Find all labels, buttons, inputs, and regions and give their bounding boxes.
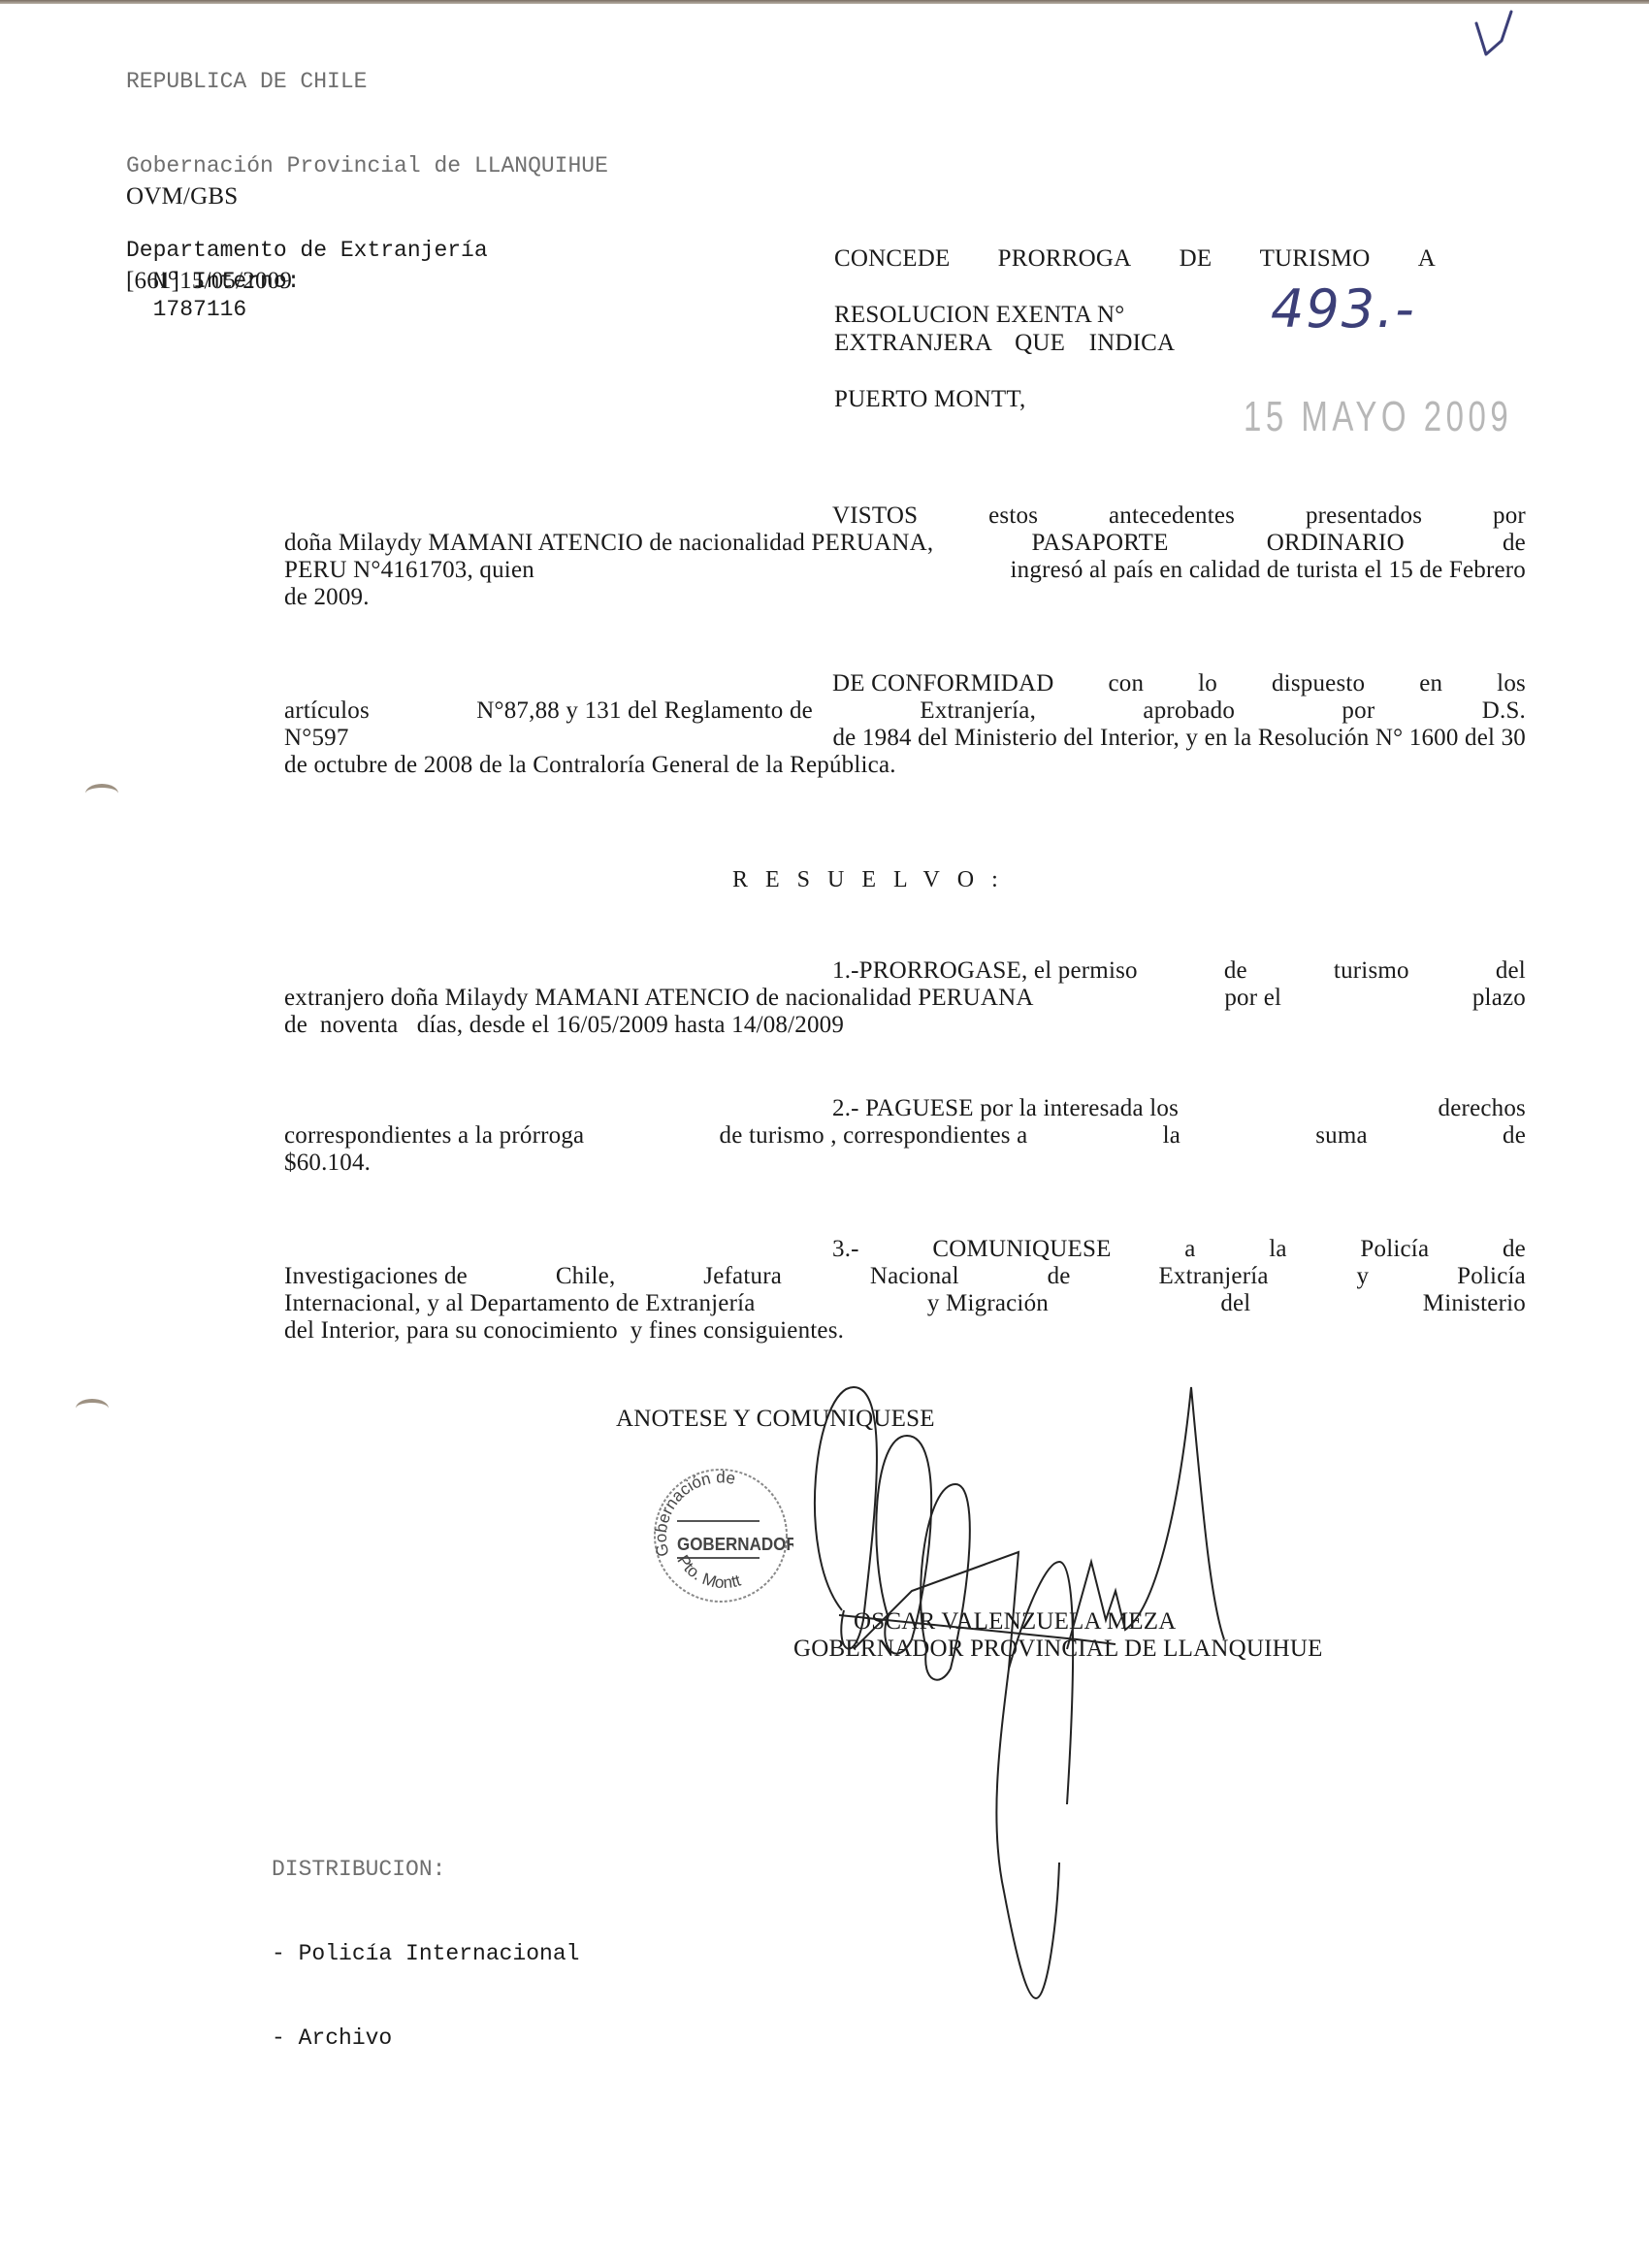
resolution-label: RESOLUCION EXENTA N° [834, 301, 1124, 329]
signer-title: GOBERNADOR PROVINCIAL DE LLANQUIHUE [793, 1635, 1323, 1663]
text-segment: Extranjería, [920, 697, 1036, 724]
date-stamp: 15 MAYO 2009 [1244, 393, 1512, 441]
text-segment: PERU N°4161703, quien [284, 556, 534, 583]
text-line: de noventa días, desde el 16/05/2009 has… [284, 1011, 1526, 1038]
text-segment: los [1497, 669, 1526, 697]
text-segment: Ministerio [1423, 1289, 1526, 1316]
internal-number-value: 1787116 [153, 297, 247, 322]
text-segment: del Interior, para su conocimiento y fin… [284, 1316, 844, 1344]
text-segment: por [1493, 502, 1526, 529]
text-segment: derechos [1439, 1094, 1526, 1121]
text-segment: lo [1198, 669, 1217, 697]
text-segment: del [1220, 1289, 1250, 1316]
text-segment: a [1184, 1235, 1195, 1262]
stamp-center-text: GOBERNADOR [677, 1534, 793, 1554]
resolution-item-3: 3.-COMUNIQUESEalaPolicíadeInvestigacione… [284, 1235, 1526, 1344]
text-segment: correspondientes a la prórroga [284, 1121, 584, 1149]
official-seal-stamp: Gobernación de GOBERNADOR Pto. Montt [648, 1463, 793, 1608]
text-segment: PASAPORTE [1032, 529, 1169, 556]
text-segment: ingresó al país en calidad de turista el… [1011, 556, 1526, 583]
text-segment: de [1503, 529, 1526, 556]
internal-number-label: Nº Interno: [153, 269, 301, 294]
text-segment: de 2009. [284, 583, 370, 610]
reference-initials: OVM/GBS [126, 182, 292, 211]
text-line: VISTOSestosantecedentespresentadospor [284, 502, 1526, 529]
text-segment: del [1496, 956, 1526, 984]
text-segment: de [1048, 1262, 1071, 1289]
text-segment: artículos [284, 697, 370, 724]
text-segment: Jefatura [703, 1262, 782, 1289]
text-segment: ORDINARIO [1267, 529, 1405, 556]
text-segment: N°597 [284, 724, 349, 751]
text-segment: Internacional, y al Departamento de Extr… [284, 1289, 756, 1316]
text-line: Internacional, y al Departamento de Extr… [284, 1289, 1526, 1316]
text-segment: DE CONFORMIDAD [832, 669, 1054, 697]
distribution-label: DISTRIBUCION: [272, 1856, 579, 1884]
text-line: de octubre de 2008 de la Contraloría Gen… [284, 751, 1526, 778]
text-segment: VISTOS [832, 502, 918, 529]
text-segment: Investigaciones de [284, 1262, 468, 1289]
text-segment: suma [1315, 1121, 1368, 1149]
text-segment: de octubre de 2008 de la Contraloría Gen… [284, 751, 896, 778]
paragraph-conformidad: DE CONFORMIDADconlodispuestoenlosartícul… [284, 669, 1526, 778]
text-segment: Nacional [870, 1262, 959, 1289]
text-segment: aprobado [1143, 697, 1235, 724]
text-line: del Interior, para su conocimiento y fin… [284, 1316, 1526, 1344]
text-segment: la [1163, 1121, 1180, 1149]
text-segment: D.S. [1482, 697, 1526, 724]
resolution-item-1: 1.-PRORROGASE, el permisodeturismodelext… [284, 956, 1526, 1038]
text-segment: 1.-PRORROGASE, el permiso [832, 956, 1138, 984]
text-segment: de [1503, 1235, 1526, 1262]
closing-formula: ANOTESE Y COMUNIQUESE [616, 1405, 935, 1433]
text-segment: N°87,88 y 131 del Reglamento de [476, 697, 813, 724]
distribution-block: DISTRIBUCION: - Policía Internacional - … [272, 1799, 579, 2081]
text-segment: doña Milaydy MAMANI ATENCIO de nacionali… [284, 529, 933, 556]
text-line: artículosN°87,88 y 131 del Reglamento de… [284, 697, 1526, 724]
text-segment: turismo [1334, 956, 1409, 984]
text-segment: de turismo , correspondientes a [720, 1121, 1028, 1149]
text-line: N°597de 1984 del Ministerio del Interior… [284, 724, 1526, 751]
text-segment: de [1224, 956, 1247, 984]
text-line: DE CONFORMIDADconlodispuestoenlos [284, 669, 1526, 697]
hole-punch-mark [85, 784, 118, 803]
text-segment: Policía [1360, 1235, 1429, 1262]
text-segment: Chile, [556, 1262, 616, 1289]
text-line: extranjero doña Milaydy MAMANI ATENCIO d… [284, 984, 1526, 1011]
text-segment: por el [1224, 984, 1281, 1011]
text-segment: de [1503, 1121, 1526, 1149]
text-segment: Extranjería [1158, 1262, 1268, 1289]
hole-punch-mark [76, 1399, 109, 1418]
text-segment: Policía [1457, 1262, 1526, 1289]
text-line: doña Milaydy MAMANI ATENCIO de nacionali… [284, 529, 1526, 556]
text-line: Investigaciones deChile,JefaturaNacional… [284, 1262, 1526, 1289]
text-segment: por [1342, 697, 1374, 724]
paragraph-vistos: VISTOSestosantecedentespresentadospordoñ… [284, 502, 1526, 610]
text-segment: y Migración [927, 1289, 1049, 1316]
resuelvo-heading: RESUELVO: [732, 866, 1016, 894]
handwritten-check-icon [1465, 10, 1523, 58]
subject-word: PRORROGA [998, 244, 1132, 273]
text-segment: la [1269, 1235, 1286, 1262]
text-segment: en [1419, 669, 1442, 697]
text-segment: estos [988, 502, 1038, 529]
page-top-edge [0, 0, 1649, 4]
text-segment: de noventa días, desde el 16/05/2009 has… [284, 1011, 844, 1038]
text-line: 1.-PRORROGASE, el permisodeturismodel [284, 956, 1526, 984]
subject-word: A [1418, 244, 1436, 273]
subject-word: DE [1180, 244, 1212, 273]
text-line: 2.- PAGUESE por la interesada losderecho… [284, 1094, 1526, 1121]
place: PUERTO MONTT, [834, 385, 1025, 413]
text-segment: $60.104. [284, 1149, 371, 1176]
resolution-number-handwritten: 493.- [1271, 278, 1416, 340]
text-segment: de 1984 del Ministerio del Interior, y e… [832, 724, 1526, 751]
subject-word: CONCEDE [834, 244, 950, 273]
text-segment: 3.- [832, 1235, 859, 1262]
text-line: correspondientes a la prórrogade turismo… [284, 1121, 1526, 1149]
text-segment: extranjero doña Milaydy MAMANI ATENCIO d… [284, 984, 1034, 1011]
distribution-item: - Archivo [272, 2025, 579, 2053]
signer-name: OSCAR VALENZUELA MEZA [854, 1607, 1176, 1636]
text-line: PERU N°4161703, quieningresó al país en … [284, 556, 1526, 583]
text-segment: 2.- PAGUESE por la interesada los [832, 1094, 1179, 1121]
text-segment: presentados [1306, 502, 1422, 529]
text-segment: y [1357, 1262, 1370, 1289]
resolution-item-2: 2.- PAGUESE por la interesada losderecho… [284, 1094, 1526, 1176]
subject-line-1: CONCEDEPRORROGADETURISMOA [834, 244, 1436, 273]
letterhead-country: REPUBLICA DE CHILE [126, 68, 608, 96]
text-segment: dispuesto [1272, 669, 1365, 697]
internal-number: Nº Interno: 1787116 [126, 240, 300, 324]
text-segment: plazo [1472, 984, 1526, 1011]
distribution-item: - Policía Internacional [272, 1940, 579, 1968]
text-line: $60.104. [284, 1149, 1526, 1176]
subject-word: TURISMO [1260, 244, 1371, 273]
text-line: 3.-COMUNIQUESEalaPolicíade [284, 1235, 1526, 1262]
text-line: de 2009. [284, 583, 1526, 610]
text-segment: con [1108, 669, 1144, 697]
text-segment: COMUNIQUESE [932, 1235, 1111, 1262]
text-segment: antecedentes [1109, 502, 1235, 529]
